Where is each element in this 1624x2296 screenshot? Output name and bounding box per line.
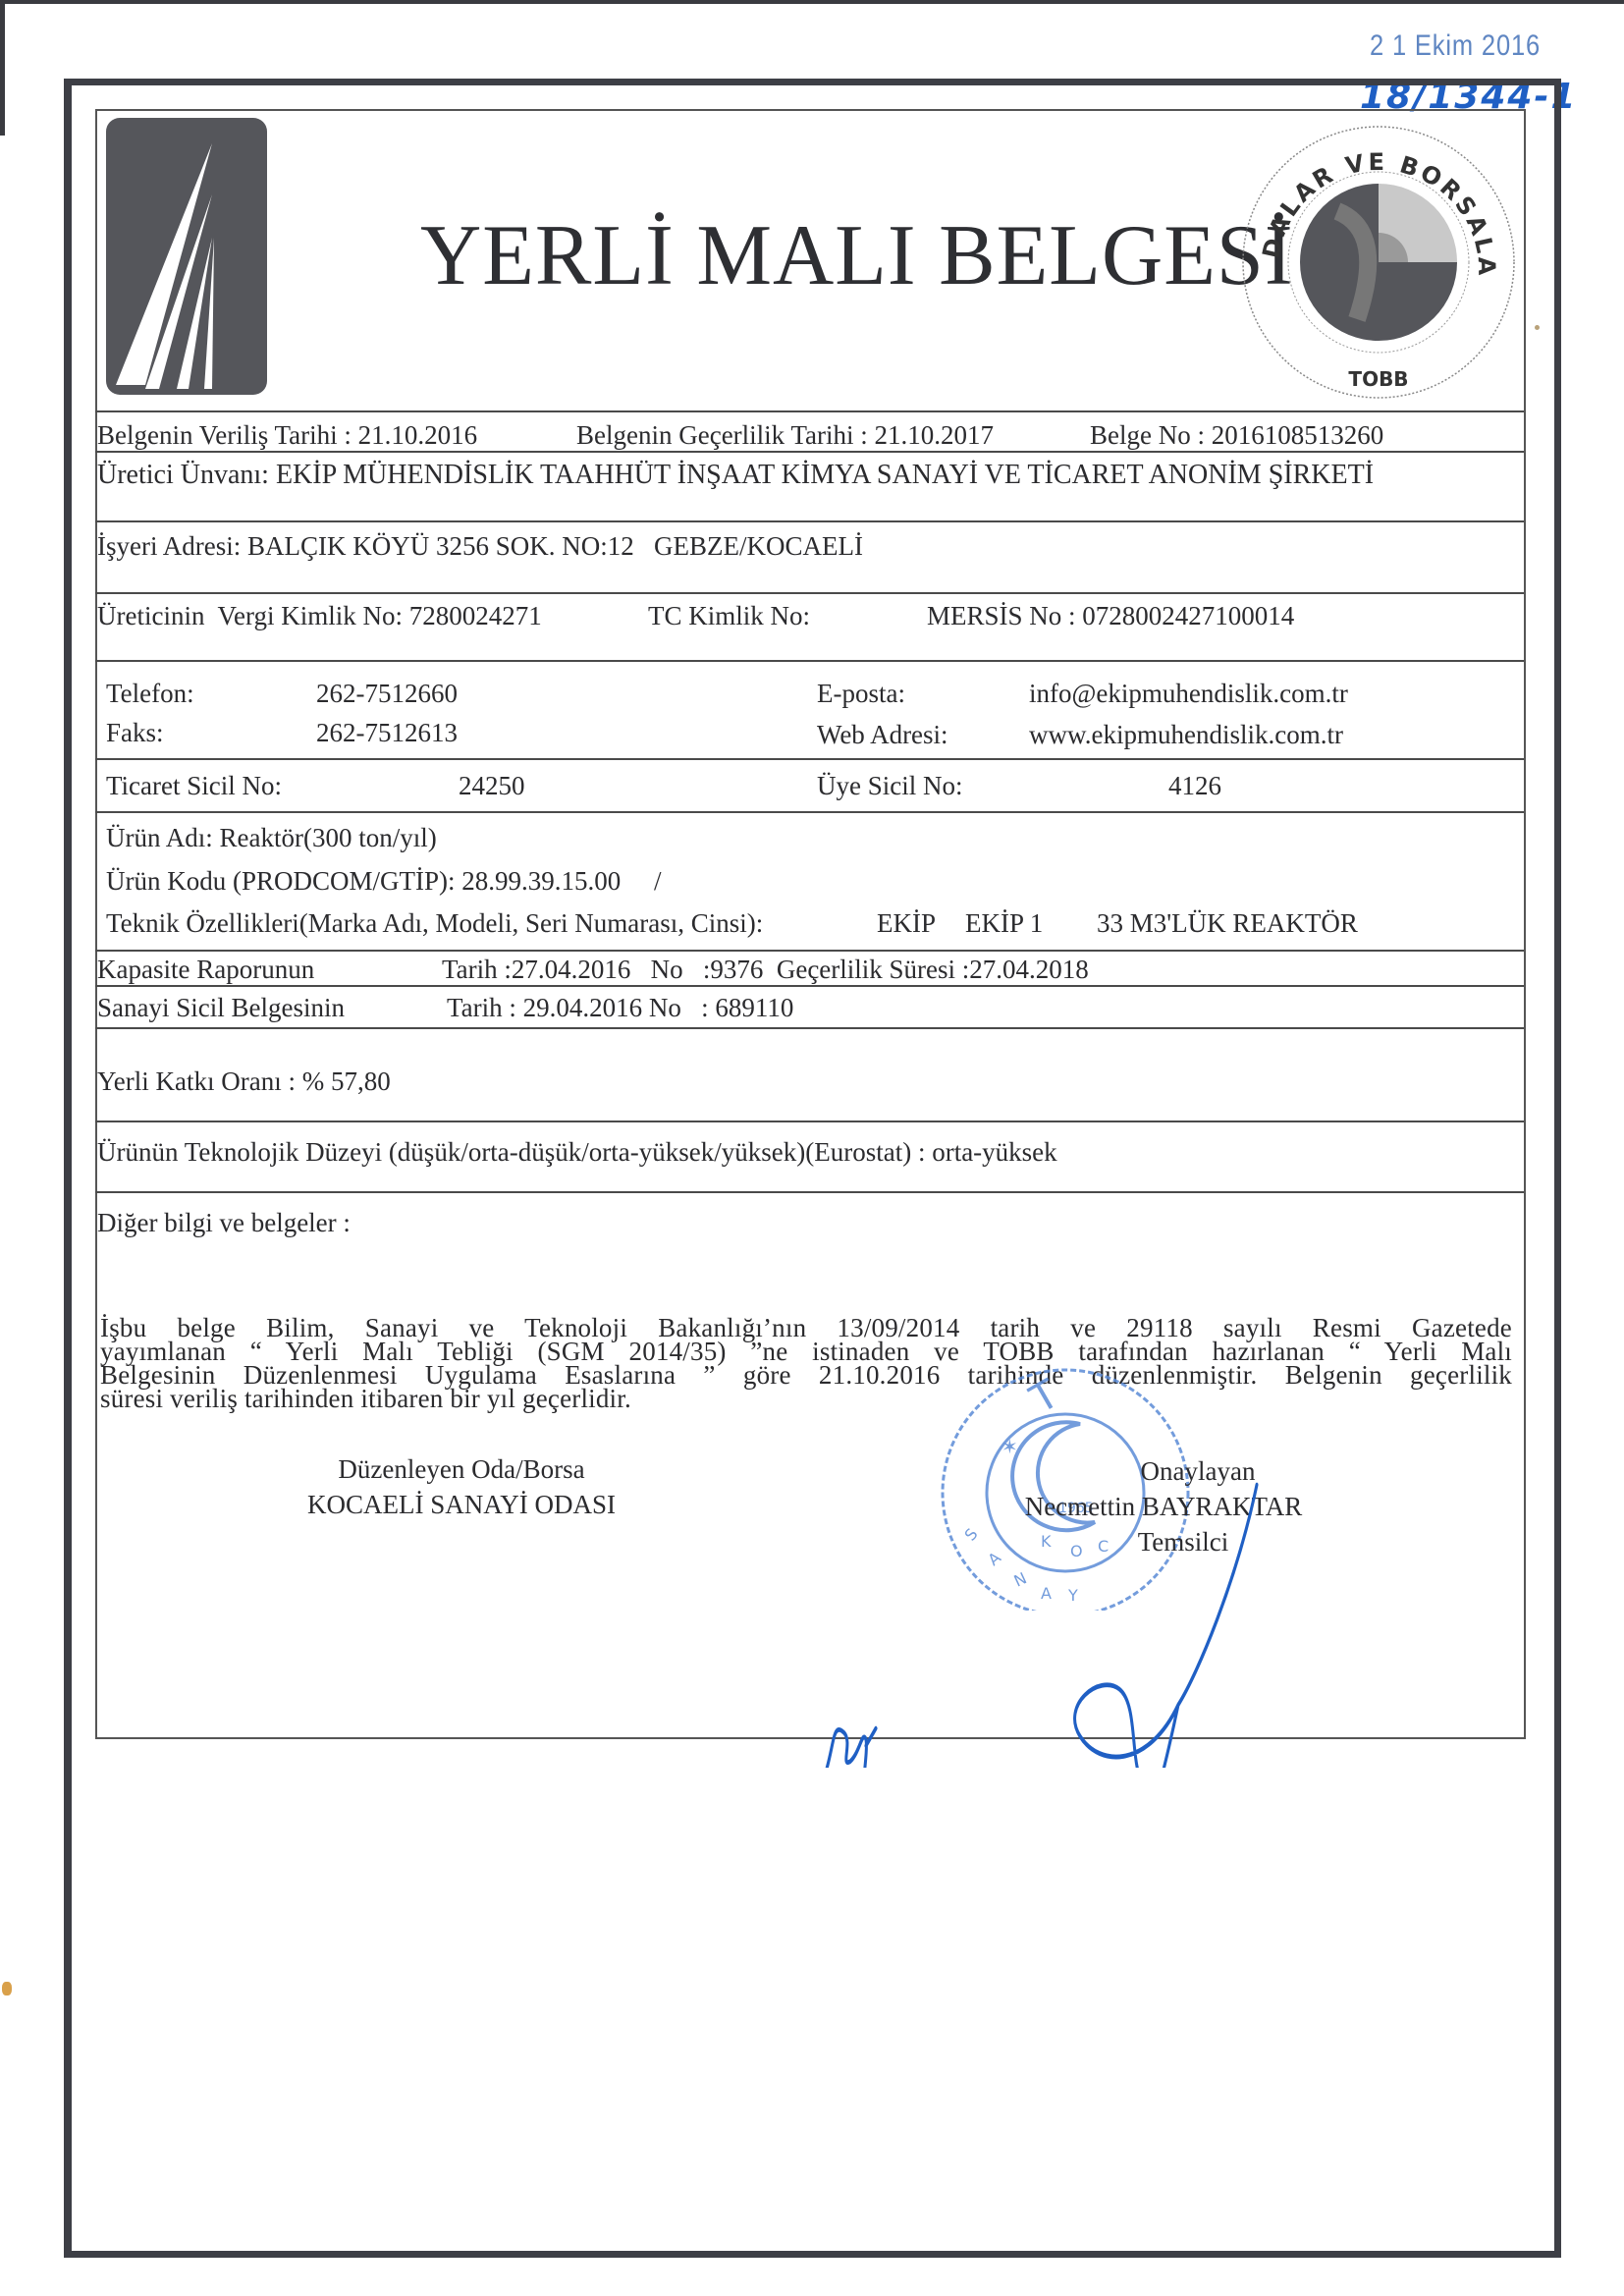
- trade-registry-value: 24250: [459, 773, 525, 799]
- producer-title-value: EKİP MÜHENDİSLİK TAAHHÜT İNŞAAT KİMYA SA…: [276, 460, 1374, 490]
- capacity-validity-label: Geçerlilik Süresi :: [777, 955, 969, 984]
- email-label: E-posta:: [817, 681, 905, 707]
- local-content-value: % 57,80: [302, 1066, 391, 1096]
- capacity-validity-value: 27.04.2018: [969, 955, 1089, 984]
- divider: [95, 451, 1524, 453]
- product-model: EKİP 1: [965, 910, 1043, 937]
- capacity-date-label: Tarih :: [442, 955, 512, 984]
- producer-title-field: Üretici Ünvanı: EKİP MÜHENDİSLİK TAAHHÜT…: [97, 462, 1374, 489]
- tax-id-label: Üreticinin Vergi Kimlik No:: [97, 601, 403, 630]
- address-label: İşyeri Adresi:: [97, 531, 241, 561]
- divider: [95, 985, 1524, 987]
- validity-date-field: Belgenin Geçerlilik Tarihi : 21.10.2017: [576, 422, 994, 449]
- phone-label: Telefon:: [106, 681, 194, 707]
- capacity-no-value: 9376: [710, 955, 763, 984]
- trade-registry-label: Ticaret Sicil No:: [106, 773, 282, 799]
- scan-edge-top: [0, 0, 1624, 4]
- capacity-date-value: 27.04.2016: [512, 955, 631, 984]
- member-registry-label: Üye Sicil No:: [817, 773, 963, 799]
- mersis-label: MERSİS No :: [927, 601, 1076, 630]
- divider: [95, 1027, 1524, 1029]
- tobb-logo-icon: TÜRKİYE ODALAR VE BORSALAR BİRLİĞİ TOBB: [1239, 123, 1519, 403]
- issue-date-field: Belgenin Veriliş Tarihi : 21.10.2016: [97, 422, 477, 449]
- tech-level-label: Ürünün Teknolojik Düzeyi (düşük/orta-düş…: [97, 1137, 925, 1167]
- email-link[interactable]: info@ekipmuhendislik.com.tr: [1029, 681, 1348, 707]
- svg-text:TOBB: TOBB: [1348, 367, 1408, 391]
- product-code-value: 28.99.39.15.00 /: [461, 866, 661, 896]
- cert-no-value: 2016108513260: [1212, 420, 1384, 450]
- divider: [95, 950, 1524, 952]
- validity-date-value: 21.10.2017: [875, 420, 995, 450]
- signature-icon: [805, 1453, 1355, 1768]
- other-info-field: Diğer bilgi ve belgeler :: [97, 1210, 351, 1236]
- issuer-name: KOCAELİ SANAYİ ODASI: [265, 1487, 658, 1522]
- tech-level-field: Ürünün Teknolojik Düzeyi (düşük/orta-düş…: [97, 1139, 1057, 1166]
- divider: [95, 758, 1524, 760]
- web-label: Web Adresi:: [817, 722, 948, 748]
- other-info-label: Diğer bilgi ve belgeler :: [97, 1208, 351, 1237]
- mersis-field: MERSİS No : 0728002427100014: [927, 603, 1294, 629]
- issue-date-label: Belgenin Veriliş Tarihi :: [97, 420, 352, 450]
- tc-id-field: TC Kimlik No:: [648, 603, 810, 629]
- cert-no-field: Belge No : 2016108513260: [1090, 422, 1383, 449]
- industry-date-label: Tarih :: [447, 993, 516, 1022]
- product-name-label: Ürün Adı:: [106, 823, 213, 852]
- legal-statement: İşbu belge Bilim, Sanayi ve Teknoloji Ba…: [100, 1316, 1512, 1410]
- industry-no-value: 689110: [715, 993, 793, 1022]
- tax-id-value: 7280024271: [409, 601, 542, 630]
- phone-value: 262-7512660: [316, 681, 458, 707]
- address-value: BALÇIK KÖYÜ 3256 SOK. NO:12 GEBZE/KOCAEL…: [247, 531, 863, 561]
- industry-no-label: No :: [649, 993, 709, 1022]
- product-code-field: Ürün Kodu (PRODCOM/GTİP): 28.99.39.15.00…: [106, 868, 662, 895]
- scan-speck: [2, 1982, 12, 1995]
- product-code-label: Ürün Kodu (PRODCOM/GTİP):: [106, 866, 456, 896]
- member-registry-value: 4126: [1168, 773, 1221, 799]
- industry-date-value: 29.04.2016: [523, 993, 643, 1022]
- address-field: İşyeri Adresi: BALÇIK KÖYÜ 3256 SOK. NO:…: [97, 533, 863, 560]
- issuer-block: Düzenleyen Oda/Borsa KOCAELİ SANAYİ ODAS…: [265, 1451, 658, 1522]
- fax-value: 262-7512613: [316, 720, 458, 746]
- tax-id-field: Üreticinin Vergi Kimlik No: 7280024271: [97, 603, 542, 629]
- product-type: 33 M3'LÜK REAKTÖR: [1097, 910, 1358, 937]
- divider: [95, 1191, 1524, 1193]
- issuer-label: Düzenleyen Oda/Borsa: [265, 1451, 658, 1487]
- industry-registry-label: Sanayi Sicil Belgesinin: [97, 995, 345, 1021]
- divider: [95, 811, 1524, 813]
- issue-date-value: 21.10.2016: [358, 420, 478, 450]
- divider: [95, 592, 1524, 594]
- capacity-report-details: Tarih :27.04.2016 No :9376 Geçerlilik Sü…: [442, 957, 1089, 983]
- local-content-field: Yerli Katkı Oranı : % 57,80: [97, 1068, 391, 1095]
- product-specs-label: Teknik Özellikleri(Marka Adı, Modeli, Se…: [106, 910, 763, 937]
- yerli-mali-logo-icon: [106, 118, 267, 395]
- industry-registry-details: Tarih : 29.04.2016 No : 689110: [447, 995, 793, 1021]
- divider: [95, 1121, 1524, 1122]
- cert-no-label: Belge No :: [1090, 420, 1205, 450]
- divider: [95, 520, 1524, 522]
- product-brand: EKİP: [877, 910, 936, 937]
- mersis-value: 0728002427100014: [1082, 601, 1294, 630]
- statement-line: süresi veriliş tarihinden itibaren bir y…: [100, 1387, 1512, 1410]
- received-date-stamp: 2 1 Ekim 2016: [1370, 29, 1541, 63]
- scan-edge-left: [0, 0, 5, 136]
- capacity-no-label: No :: [651, 955, 711, 984]
- divider: [95, 410, 1524, 412]
- tech-level-value: orta-yüksek: [932, 1137, 1056, 1167]
- validity-date-label: Belgenin Geçerlilik Tarihi :: [576, 420, 868, 450]
- web-link[interactable]: www.ekipmuhendislik.com.tr: [1029, 722, 1343, 748]
- tc-id-label: TC Kimlik No:: [648, 601, 810, 630]
- producer-title-label: Üretici Ünvanı:: [97, 460, 269, 490]
- local-content-label: Yerli Katkı Oranı :: [97, 1066, 296, 1096]
- product-name-field: Ürün Adı: Reaktör(300 ton/yıl): [106, 825, 437, 851]
- product-name-value: Reaktör(300 ton/yıl): [220, 823, 437, 852]
- capacity-report-label: Kapasite Raporunun: [97, 957, 314, 983]
- fax-label: Faks:: [106, 720, 164, 746]
- divider: [95, 660, 1524, 662]
- document-title: YERLİ MALI BELGESİ: [420, 206, 1294, 305]
